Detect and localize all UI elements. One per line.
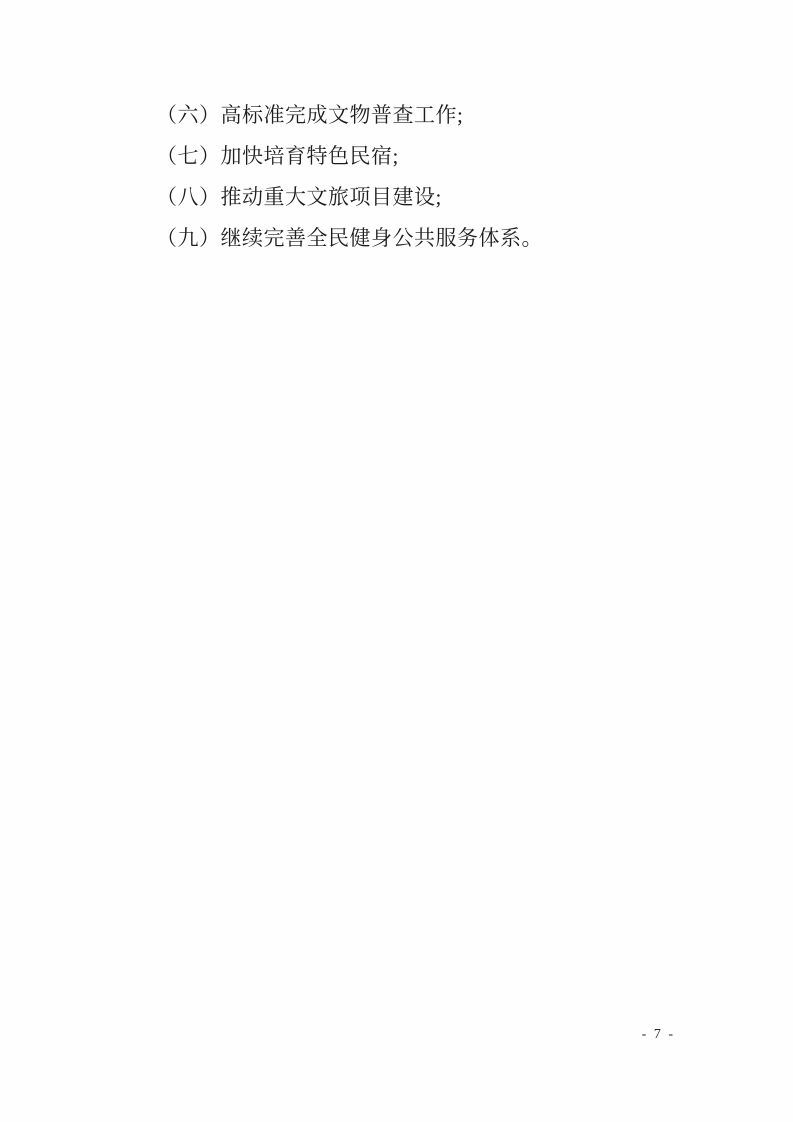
list-item-6: （六）高标准完成文物普查工作; — [156, 95, 676, 136]
list-item-8: （八）推动重大文旅项目建设; — [156, 177, 676, 218]
document-page: （六）高标准完成文物普查工作; （七）加快培育特色民宿; （八）推动重大文旅项目… — [0, 0, 793, 1122]
page-number: - 7 - — [642, 1027, 675, 1043]
list-item-7: （七）加快培育特色民宿; — [156, 136, 676, 177]
list-item-9: （九）继续完善全民健身公共服务体系。 — [156, 218, 676, 259]
body-text-block: （六）高标准完成文物普查工作; （七）加快培育特色民宿; （八）推动重大文旅项目… — [156, 95, 676, 259]
